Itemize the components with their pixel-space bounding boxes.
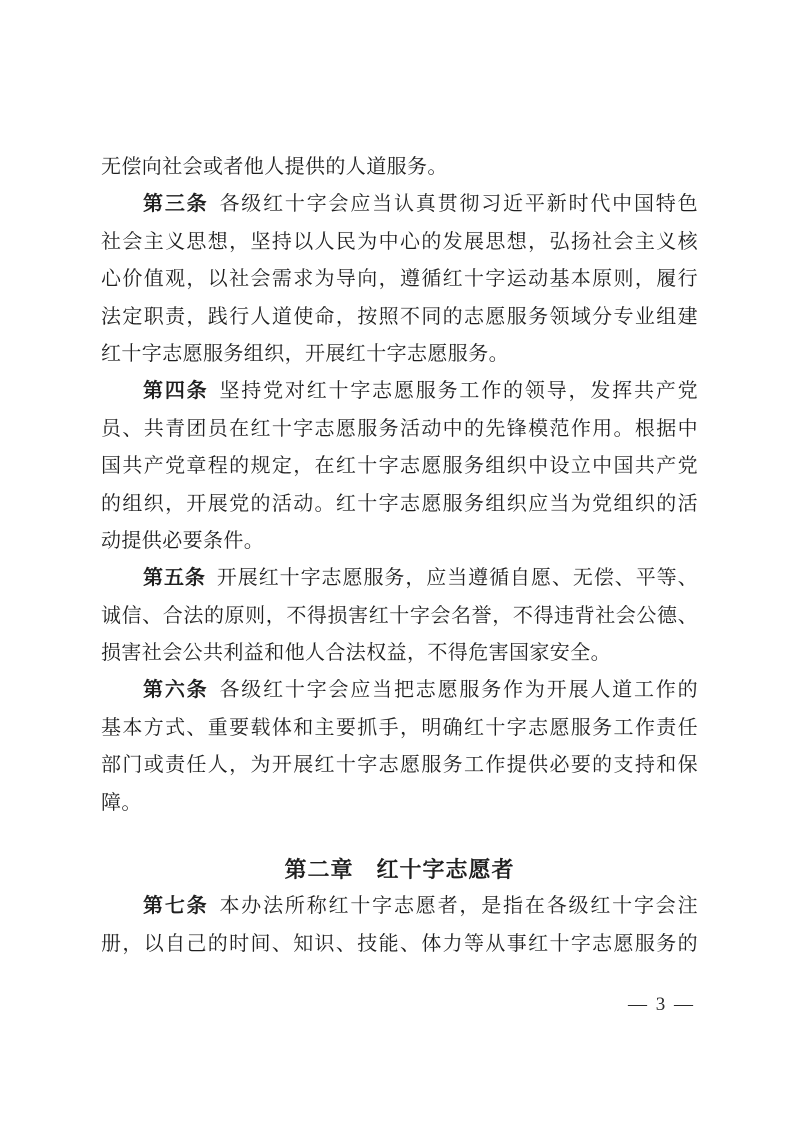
line-text: 各级红十字会应当认真贯彻习近平新时代中国特色 [219,193,698,215]
body-line: 障。 [101,785,698,822]
body-line: 册，以自己的时间、知识、技能、体力等从事红十字志愿服务的 [101,926,698,963]
page-number: — 3 — [628,994,695,1016]
body-line: 的组织，开展党的活动。红十字志愿服务组织应当为党组织的活 [101,486,698,523]
body-line: 社会主义思想，坚持以人民为中心的发展思想，弘扬社会主义核 [101,224,698,261]
document-page: 无偿向社会或者他人提供的人道服务。 第三条各级红十字会应当认真贯彻习近平新时代中… [0,0,794,1123]
body-line: 国共产党章程的规定，在红十字志愿服务组织中设立中国共产党 [101,448,698,485]
body-line: 第七条本办法所称红十字志愿者，是指在各级红十字会注 [101,888,698,925]
body-line: 诚信、合法的原则，不得损害红十字会名誉，不得违背社会公德、 [101,598,698,635]
body-line: 动提供必要条件。 [101,523,698,560]
body-line: 员、共青团员在红十字志愿服务活动中的先锋模范作用。根据中 [101,411,698,448]
article-term: 第六条 [143,679,208,701]
body-line: 法定职责，践行人道使命，按照不同的志愿服务领域分专业组建 [101,299,698,336]
body-line: 无偿向社会或者他人提供的人道服务。 [101,149,698,186]
document-body: 无偿向社会或者他人提供的人道服务。 第三条各级红十字会应当认真贯彻习近平新时代中… [101,149,698,963]
line-text: 坚持党对红十字志愿服务工作的领导，发挥共产党 [219,380,698,402]
body-line: 第四条坚持党对红十字志愿服务工作的领导，发挥共产党 [101,373,698,410]
line-text: 开展红十字志愿服务，应当遵循自愿、无偿、平等、 [217,567,698,589]
article-term: 第七条 [143,895,208,917]
body-line: 第五条开展红十字志愿服务，应当遵循自愿、无偿、平等、 [101,560,698,597]
body-line: 部门或责任人，为开展红十字志愿服务工作提供必要的支持和保 [101,747,698,784]
article-term: 第五条 [143,567,206,589]
chapter-heading: 第二章 红十字志愿者 [101,851,698,888]
line-text: 各级红十字会应当把志愿服务作为开展人道工作的 [219,679,698,701]
article-term: 第三条 [143,193,208,215]
line-text: 本办法所称红十字志愿者，是指在各级红十字会注 [219,895,698,917]
body-line: 心价值观，以社会需求为导向，遵循红十字运动基本原则，履行 [101,261,698,298]
body-line: 第六条各级红十字会应当把志愿服务作为开展人道工作的 [101,672,698,709]
body-line: 红十字志愿服务组织，开展红十字志愿服务。 [101,336,698,373]
body-line: 基本方式、重要载体和主要抓手，明确红十字志愿服务工作责任 [101,710,698,747]
article-term: 第四条 [143,380,208,402]
body-line: 损害社会公共利益和他人合法权益，不得危害国家安全。 [101,635,698,672]
body-line: 第三条各级红十字会应当认真贯彻习近平新时代中国特色 [101,186,698,223]
